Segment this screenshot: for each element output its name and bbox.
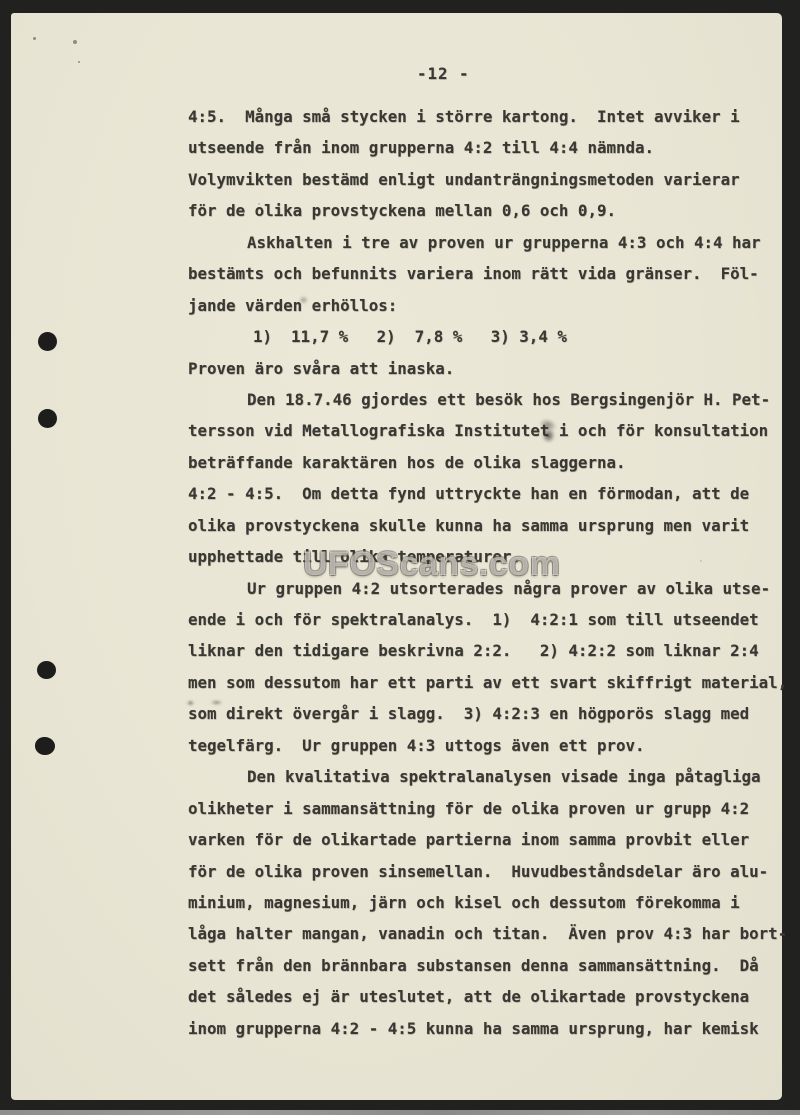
- text-line: beträffande karaktären hos de olika slag…: [188, 447, 794, 478]
- text-line: Proven äro svåra att inaska.: [188, 353, 794, 384]
- text-line: Askhalten i tre av proven ur grupperna 4…: [188, 227, 794, 258]
- ink-smudge: [298, 295, 309, 305]
- text-line: 4:2 - 4:5. Om detta fynd uttryckte han e…: [188, 478, 794, 509]
- text-line: Den 18.7.46 gjordes ett besök hos Bergsi…: [188, 384, 794, 415]
- paper-speck: [78, 61, 80, 63]
- text-line: inom grupperna 4:2 - 4:5 kunna ha samma …: [188, 1013, 794, 1044]
- text-line: Volymvikten bestämd enligt undanträngnin…: [188, 164, 794, 195]
- text-line: för de olika provstyckena mellan 0,6 och…: [188, 195, 794, 226]
- text-line: som direkt övergår i slagg. 3) 4:2:3 en …: [188, 698, 794, 729]
- scanned-document: -12 - 4:5. Många små stycken i större ka…: [0, 0, 800, 1115]
- text-line-ash-values: 1) 11,7 % 2) 7,8 % 3) 3,4 %: [188, 321, 794, 352]
- text-line: 4:5. Många små stycken i större kartong.…: [188, 101, 794, 132]
- text-line: varken för de olikartade partierna inom …: [188, 824, 794, 855]
- text-line: Den kvalitativa spektralanalysen visade …: [188, 761, 794, 792]
- text-line: olikheter i sammansättning för de olika …: [188, 793, 794, 824]
- paper-speck: [33, 37, 36, 40]
- text-line: utseende från inom grupperna 4:2 till 4:…: [188, 132, 794, 163]
- paper-speck: [73, 40, 77, 44]
- ink-smudge: [209, 700, 224, 705]
- punch-hole: [37, 661, 56, 679]
- text-line: tersson vid Metallografiska Institutet i…: [188, 415, 794, 446]
- text-line: bestämts och befunnits variera inom rätt…: [188, 258, 794, 289]
- text-line: sett från den brännbara substansen denna…: [188, 950, 794, 981]
- text-line: det således ej är uteslutet, att de olik…: [188, 981, 794, 1012]
- text-line: minium, magnesium, järn och kisel och de…: [188, 887, 794, 918]
- ink-smudge: [540, 426, 557, 445]
- text-line: olika provstyckena skulle kunna ha samma…: [188, 510, 794, 541]
- text-line: ende i och för spektralanalys. 1) 4:2:1 …: [188, 604, 794, 635]
- ink-smudge: [186, 700, 195, 706]
- text-line: men som dessutom har ett parti av ett sv…: [188, 667, 794, 698]
- text-line: för de olika proven sinsemellan. Huvudbe…: [188, 856, 794, 887]
- text-line: liknar den tidigare beskrivna 2:2. 2) 4:…: [188, 635, 794, 666]
- text-line: tegelfärg. Ur gruppen 4:3 uttogs även et…: [188, 730, 794, 761]
- text-line: låga halter mangan, vanadin och titan. Ä…: [188, 918, 794, 949]
- text-line: jande värden erhöllos:: [188, 290, 794, 321]
- punch-hole: [38, 332, 57, 351]
- page-number: -12 -: [417, 64, 470, 83]
- watermark: UFOScans.com: [303, 545, 560, 584]
- scanner-backing-strip: [0, 1110, 800, 1115]
- punch-hole: [38, 409, 57, 428]
- punch-hole: [35, 737, 55, 755]
